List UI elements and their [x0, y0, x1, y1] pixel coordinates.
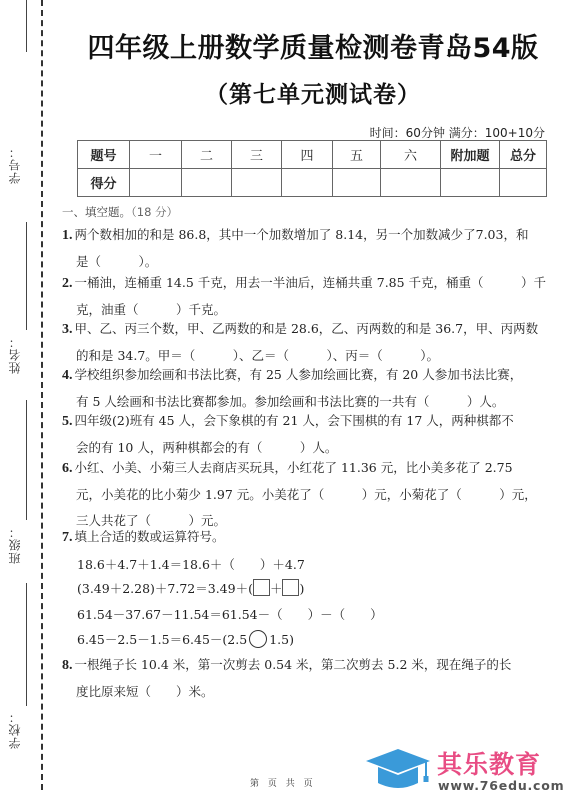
equation-4: 6.45－2.5－1.5＝6.45－(2.51.5)	[77, 630, 294, 648]
question-5: 5.四年级(2)班有 45 人，会下象棋的有 21 人，会下围棋的有 17 人，…	[62, 408, 552, 461]
question-text: 四年级(2)班有 45 人，会下象棋的有 21 人，会下围棋的有 17 人，两种…	[75, 413, 514, 428]
question-8: 8.一根绳子长 10.4 米，第一次剪去 0.54 米，第二次剪去 5.2 米，…	[62, 652, 552, 705]
question-text: 填上合适的数或运算符号。	[75, 529, 225, 544]
question-7: 7.填上合适的数或运算符号。	[62, 524, 552, 551]
answer-box-1[interactable]	[253, 579, 270, 596]
school-line[interactable]	[26, 583, 27, 706]
score-cell-3[interactable]	[232, 169, 282, 197]
fold-line	[41, 0, 43, 790]
equation-2-left: (3.49＋2.28)＋7.72＝3.49＋(	[77, 581, 253, 596]
header-cell-3: 三	[232, 141, 282, 169]
binding-margin: 学号： 姓名： 班级： 学校：	[0, 0, 60, 800]
question-1: 1.两个数相加的和是 86.8，其中一个加数增加了 8.14，另一个加数减少了7…	[62, 222, 552, 275]
class-line[interactable]	[26, 400, 27, 520]
question-number: 8.	[62, 658, 73, 673]
page-title: 四年级上册数学质量检测卷青岛54版	[68, 26, 558, 65]
brand-logo[interactable]: 其乐教育 www.76edu.com	[364, 745, 564, 795]
question-text: 甲、乙、丙三个数，甲、乙两数的和是 28.6，乙、丙两数的和是 36.7，甲、丙…	[75, 321, 539, 336]
question-number: 7.	[62, 530, 73, 545]
page-subtitle: （第七单元测试卷）	[68, 76, 558, 109]
name-label: 姓名：	[6, 335, 34, 375]
score-cell-4[interactable]	[282, 169, 333, 197]
section-title: 一、填空题。	[62, 205, 131, 219]
score-table: 题号 一 二 三 四 五 六 附加题 总分 得分	[77, 140, 547, 197]
question-text: 一桶油，连桶重 14.5 千克，用去一半油后，连桶共重 7.85 千克，桶重（ …	[75, 275, 547, 290]
equation-4-right: 1.5)	[269, 632, 294, 647]
answer-box-2[interactable]	[282, 579, 299, 596]
question-number: 1.	[62, 228, 73, 243]
class-label: 班级：	[6, 525, 34, 565]
exam-info: 时间：60分钟 满分：100+10分	[370, 124, 545, 141]
header-cell-4: 四	[282, 141, 333, 169]
question-number: 4.	[62, 368, 73, 383]
question-6: 6.小红、小美、小菊三人去商店买玩具，小红花了 11.36 元，比小美多花了 2…	[62, 455, 552, 534]
equation-4-left: 6.45－2.5－1.5＝6.45－(2.5	[77, 632, 247, 647]
header-cell-bonus: 附加题	[441, 141, 500, 169]
equation-1: 18.6＋4.7＋1.4＝18.6＋（ ）＋4.7	[77, 555, 305, 573]
score-cell-6[interactable]	[381, 169, 441, 197]
score-cell-total[interactable]	[500, 169, 547, 197]
question-text-cont: 度比原来短（ ）米。	[62, 679, 552, 705]
table-header-row: 题号 一 二 三 四 五 六 附加题 总分	[78, 141, 547, 169]
question-text-cont: 元，小美花的比小菊少 1.97 元。小美花了（ ）元，小菊花了（ ）元，	[62, 482, 552, 508]
student-id-label: 学号：	[6, 145, 34, 185]
table-score-row: 得分	[78, 169, 547, 197]
brand-name: 其乐教育	[437, 745, 541, 781]
student-id-line[interactable]	[26, 0, 27, 52]
section-heading: 一、填空题。（18 分）	[62, 204, 178, 220]
question-number: 3.	[62, 322, 73, 337]
score-cell-1[interactable]	[130, 169, 182, 197]
question-number: 2.	[62, 276, 73, 291]
equation-2: (3.49＋2.28)＋7.72＝3.49＋(＋)	[77, 579, 304, 597]
page-number: 第 页 共 页	[250, 776, 316, 789]
header-cell-total: 总分	[500, 141, 547, 169]
score-row-label: 得分	[78, 169, 130, 197]
equation-2-mid: ＋	[270, 581, 283, 596]
header-cell-2: 二	[182, 141, 232, 169]
question-text: 小红、小美、小菊三人去商店买玩具，小红花了 11.36 元，比小美多花了 2.7…	[75, 460, 513, 475]
header-cell-1: 一	[130, 141, 182, 169]
graduation-cap-icon	[364, 747, 434, 791]
score-cell-bonus[interactable]	[441, 169, 500, 197]
equation-3: 61.54－37.67－11.54＝61.54－（ ）－（ ）	[77, 605, 383, 623]
question-text: 学校组织参加绘画和书法比赛，有 25 人参加绘画比赛，有 20 人参加书法比赛，	[75, 367, 523, 382]
school-label: 学校：	[6, 710, 34, 750]
question-text: 一根绳子长 10.4 米，第一次剪去 0.54 米，第二次剪去 5.2 米，现在…	[75, 657, 512, 672]
question-text: 两个数相加的和是 86.8，其中一个加数增加了 8.14，另一个加数减少了7.0…	[75, 227, 529, 242]
operator-circle[interactable]	[249, 630, 267, 648]
question-number: 5.	[62, 414, 73, 429]
equation-2-right: )	[299, 581, 304, 596]
question-number: 6.	[62, 461, 73, 476]
name-line[interactable]	[26, 222, 27, 330]
score-cell-5[interactable]	[333, 169, 381, 197]
header-cell-6: 六	[381, 141, 441, 169]
score-cell-2[interactable]	[182, 169, 232, 197]
brand-url[interactable]: www.76edu.com	[438, 778, 564, 793]
section-points: （18 分）	[131, 205, 178, 219]
header-cell-question-no: 题号	[78, 141, 130, 169]
header-cell-5: 五	[333, 141, 381, 169]
